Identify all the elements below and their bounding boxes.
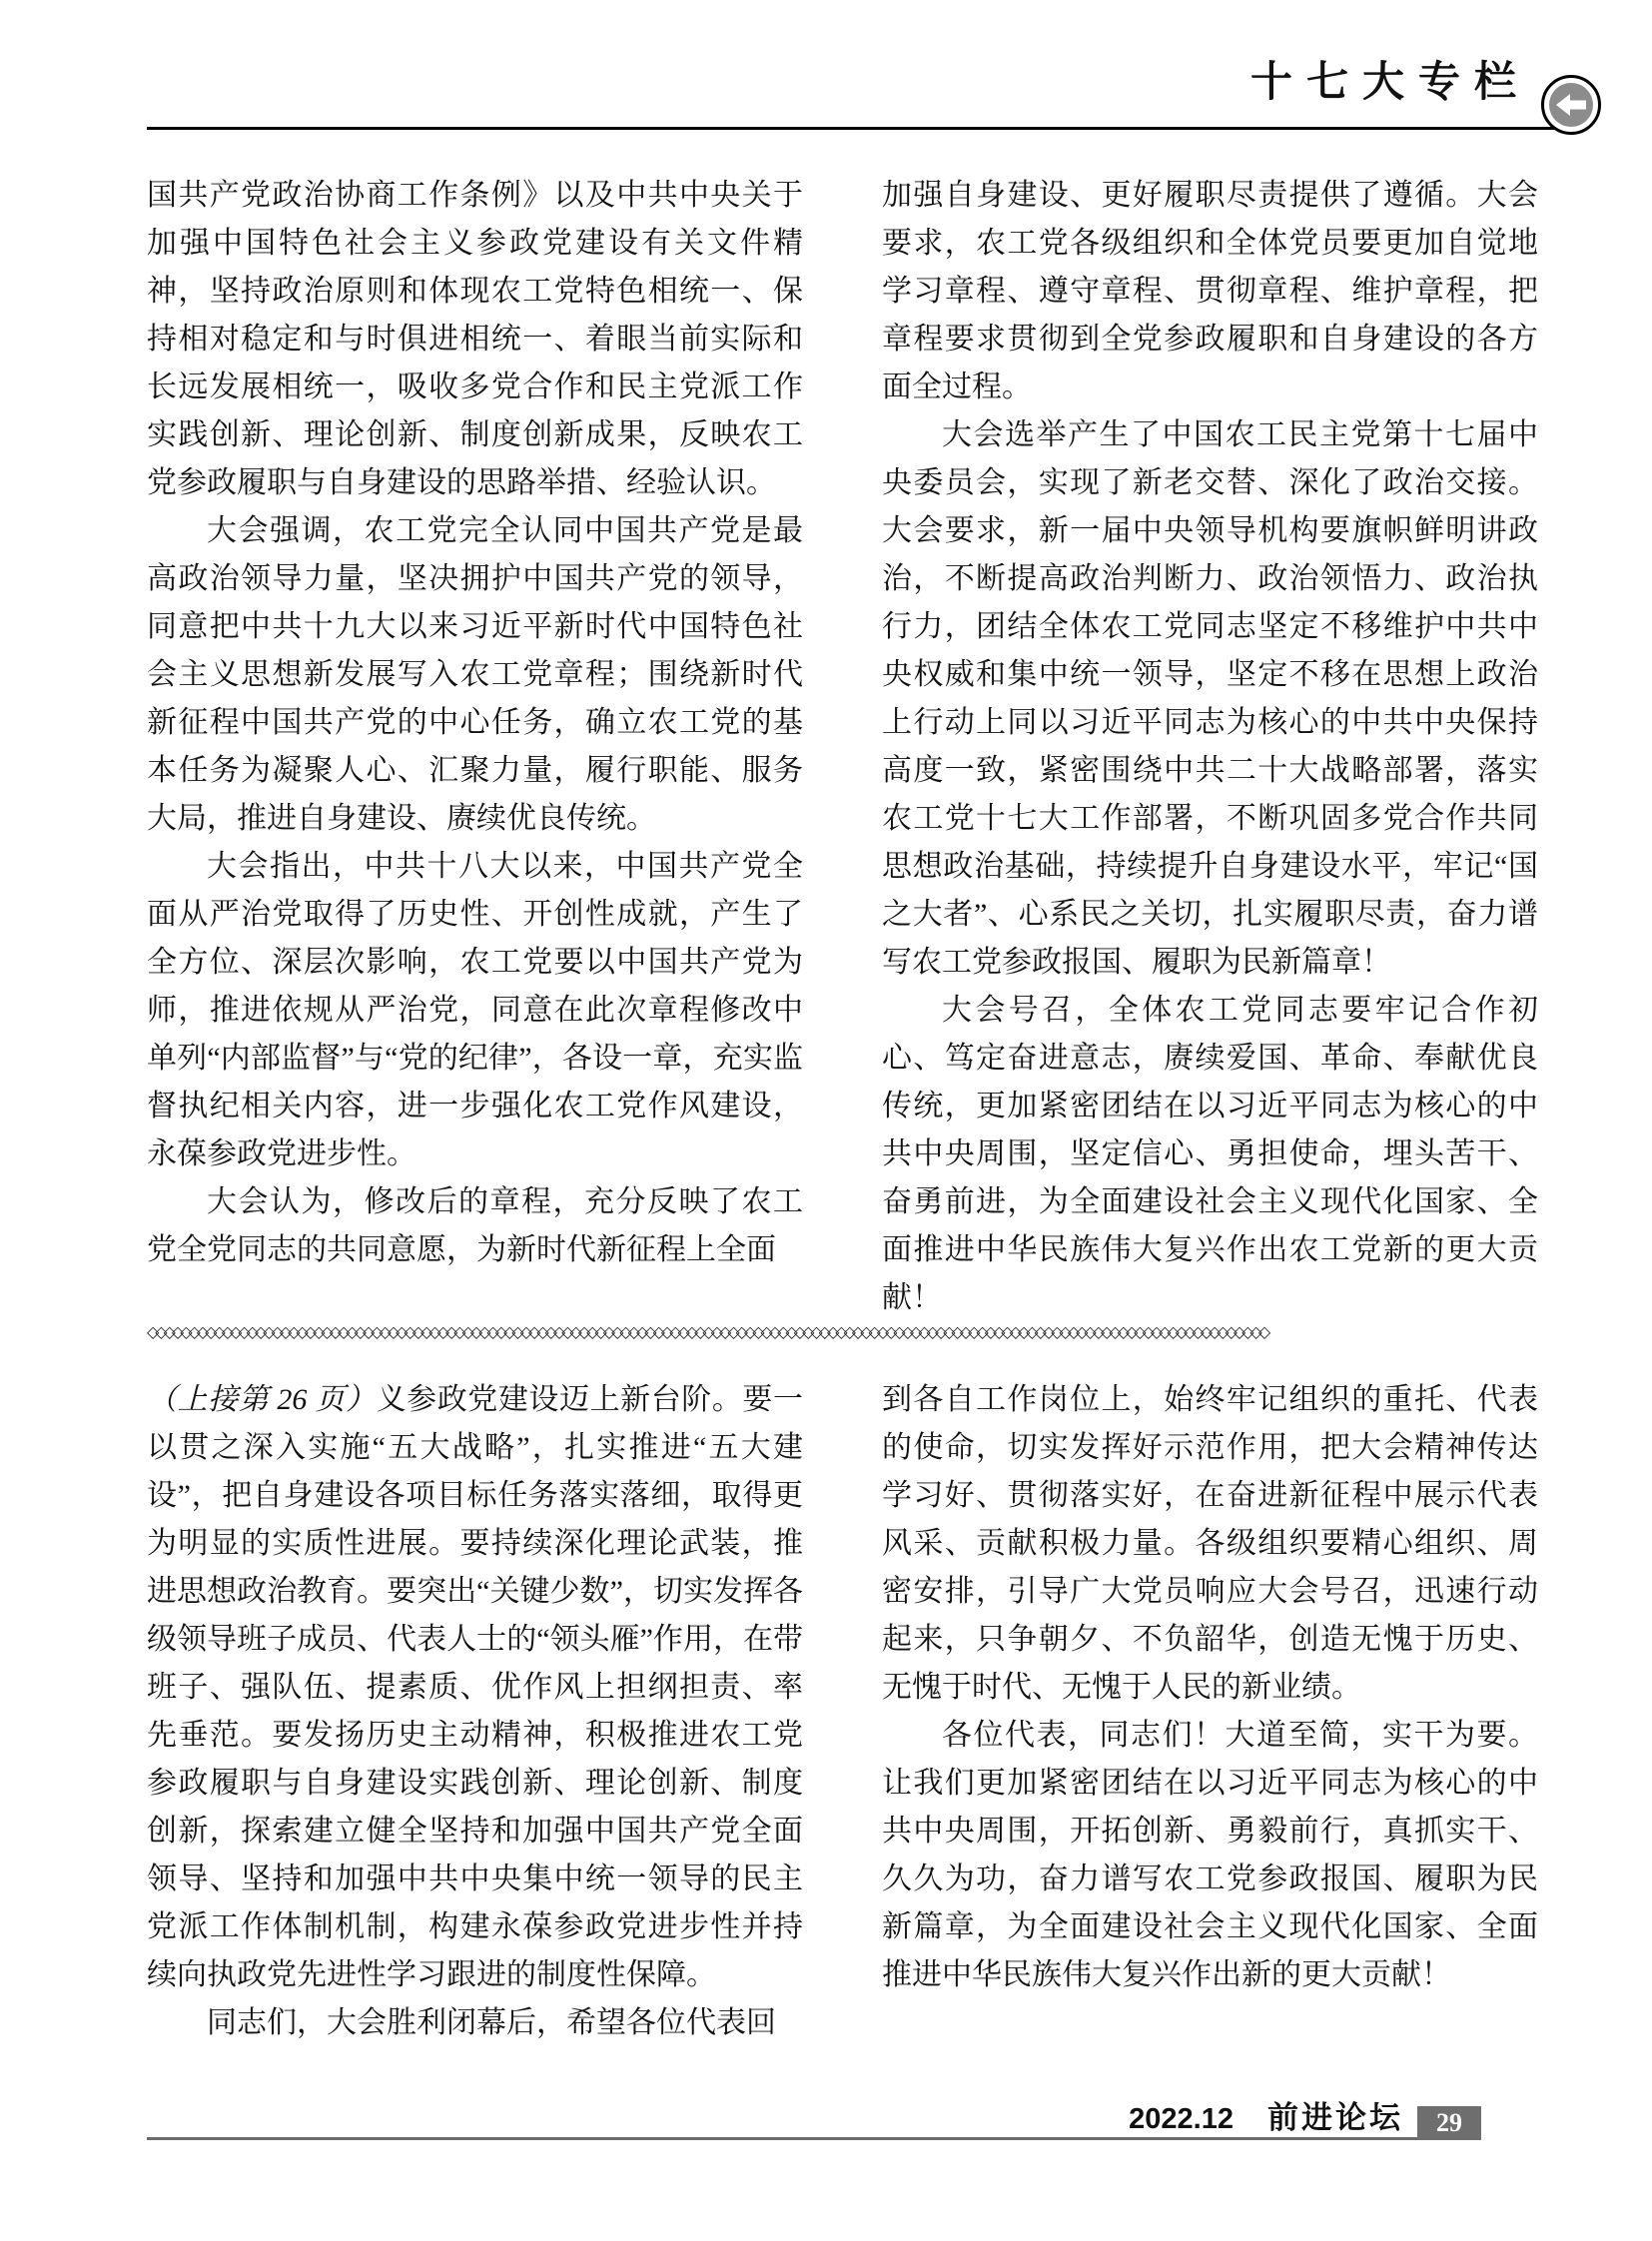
paragraph: 加强自身建设、更好履职尽责提供了遵循。大会要求，农工党各级组织和全体党员要更加自… <box>882 172 1538 411</box>
column-top-left: 国共产党政治协商工作条例》以及中共中央关于加强中国特色社会主义参政党建设有关文件… <box>147 172 803 1322</box>
column-top-right: 加强自身建设、更好履职尽责提供了遵循。大会要求，农工党各级组织和全体党员要更加自… <box>882 172 1538 1322</box>
arrow-left-icon-disc <box>1549 83 1593 127</box>
continued-from-note: （上接第 26 页） <box>147 1383 377 1416</box>
top-section: 国共产党政治协商工作条例》以及中共中央关于加强中国特色社会主义参政党建设有关文件… <box>147 172 1538 1322</box>
arrow-left-glyph <box>1554 90 1588 120</box>
paragraph: 到各自工作岗位上，始终牢记组织的重托、代表的使命，切实发挥好示范作用，把大会精神… <box>882 1376 1538 1712</box>
paragraph: 国共产党政治协商工作条例》以及中共中央关于加强中国特色社会主义参政党建设有关文件… <box>147 172 803 507</box>
arrow-left-icon <box>1541 75 1601 135</box>
section-divider: ◇◇◇◇◇◇◇◇◇◇◇◇◇◇◇◇◇◇◇◇◇◇◇◇◇◇◇◇◇◇◇◇◇◇◇◇◇◇◇◇… <box>147 1322 1538 1344</box>
paragraph: 大会指出，中共十八大以来，中国共产党全面从严治党取得了历史性、开创性成就，产生了… <box>147 843 803 1178</box>
magazine-page: 十七大专栏 国共产党政治协商工作条例》以及中共中央关于加强中国特色社会主义参政党… <box>0 0 1652 2241</box>
paragraph: 各位代表，同志们！大道至简，实干为要。让我们更加紧密团结在以习近平同志为核心的中… <box>882 1712 1538 1999</box>
column-bottom-right: 到各自工作岗位上，始终牢记组织的重托、代表的使命，切实发挥好示范作用，把大会精神… <box>882 1376 1538 2047</box>
bottom-section: （上接第 26 页）义参政党建设迈上新台阶。要一以贯之深入实施“五大战略”，扎实… <box>147 1376 1538 2047</box>
paragraph: （上接第 26 页）义参政党建设迈上新台阶。要一以贯之深入实施“五大战略”，扎实… <box>147 1376 803 1999</box>
footer-rule <box>147 2137 1417 2140</box>
column-bottom-left: （上接第 26 页）义参政党建设迈上新台阶。要一以贯之深入实施“五大战略”，扎实… <box>147 1376 803 2047</box>
paragraph: 大会选举产生了中国农工民主党第十七届中央委员会，实现了新老交替、深化了政治交接。… <box>882 411 1538 987</box>
page-number-badge: 29 <box>1417 2106 1481 2140</box>
paragraph: 大会号召，全体农工党同志要牢记合作初心、笃定奋进意志，赓续爱国、革命、奉献优良传… <box>882 987 1538 1322</box>
paragraph: 大会强调，农工党完全认同中国共产党是最高政治领导力量，坚决拥护中国共产党的领导，… <box>147 507 803 843</box>
paragraph: 同志们，大会胜利闭幕后，希望各位代表回 <box>147 1999 803 2047</box>
footer-issue: 2022.12 <box>1129 2103 1234 2135</box>
footer-text: 2022.12 前进论坛 <box>147 2099 1403 2137</box>
section-title: 十七大专栏 <box>1250 58 1530 108</box>
paragraph: 大会认为，修改后的章程，充分反映了农工党全党同志的共同意愿，为新时代新征程上全面 <box>147 1178 803 1274</box>
header-rule <box>147 127 1561 130</box>
footer-journal-name: 前进论坛 <box>1267 2100 1403 2135</box>
